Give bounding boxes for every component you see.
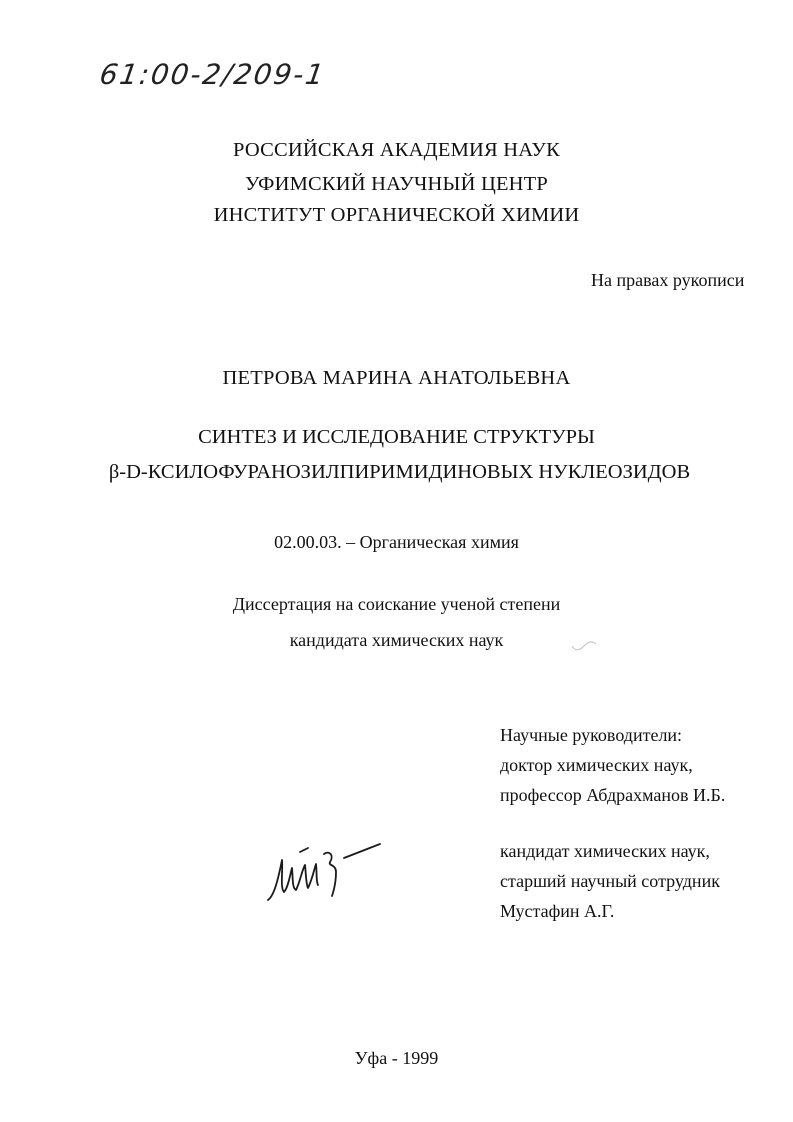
supervisor-2-name: Мустафин А.Г.: [500, 896, 725, 926]
supervisors-heading: Научные руководители:: [500, 720, 725, 750]
signature-icon: [250, 830, 400, 910]
author-name: ПЕТРОВА МАРИНА АНАТОЛЬЕВНА: [0, 367, 793, 390]
org-institute: ИНСТИТУТ ОРГАНИЧЕСКОЙ ХИМИИ: [0, 204, 793, 227]
supervisor-1-name: профессор Абдрахманов И.Б.: [500, 780, 725, 810]
supervisors-block: Научные руководители: доктор химических …: [500, 720, 725, 926]
specialty: 02.00.03. – Органическая химия: [0, 532, 793, 553]
archive-number: 61:00-2/209-1: [98, 58, 328, 91]
supervisor-2-position: старший научный сотрудник: [500, 866, 725, 896]
title-line-1: СИНТЕЗ И ИССЛЕДОВАНИЕ СТРУКТУРЫ: [0, 426, 793, 449]
supervisor-2-degree: кандидат химических наук,: [500, 836, 725, 866]
degree-line-2: кандидата химических наук: [0, 630, 793, 651]
rights-note: На правах рукописи: [591, 270, 744, 291]
title-line-2: β-D-КСИЛОФУРАНОЗИЛПИРИМИДИНОВЫХ НУКЛЕОЗИ…: [3, 461, 793, 484]
degree-line-1: Диссертация на соискание ученой степени: [0, 594, 793, 615]
org-center: УФИМСКИЙ НАУЧНЫЙ ЦЕНТР: [0, 173, 793, 196]
stamp-mark-icon: [570, 636, 600, 656]
supervisor-1-degree: доктор химических наук,: [500, 750, 725, 780]
org-academy: РОССИЙСКАЯ АКАДЕМИЯ НАУК: [0, 139, 793, 162]
place-year: Уфа - 1999: [0, 1048, 793, 1069]
